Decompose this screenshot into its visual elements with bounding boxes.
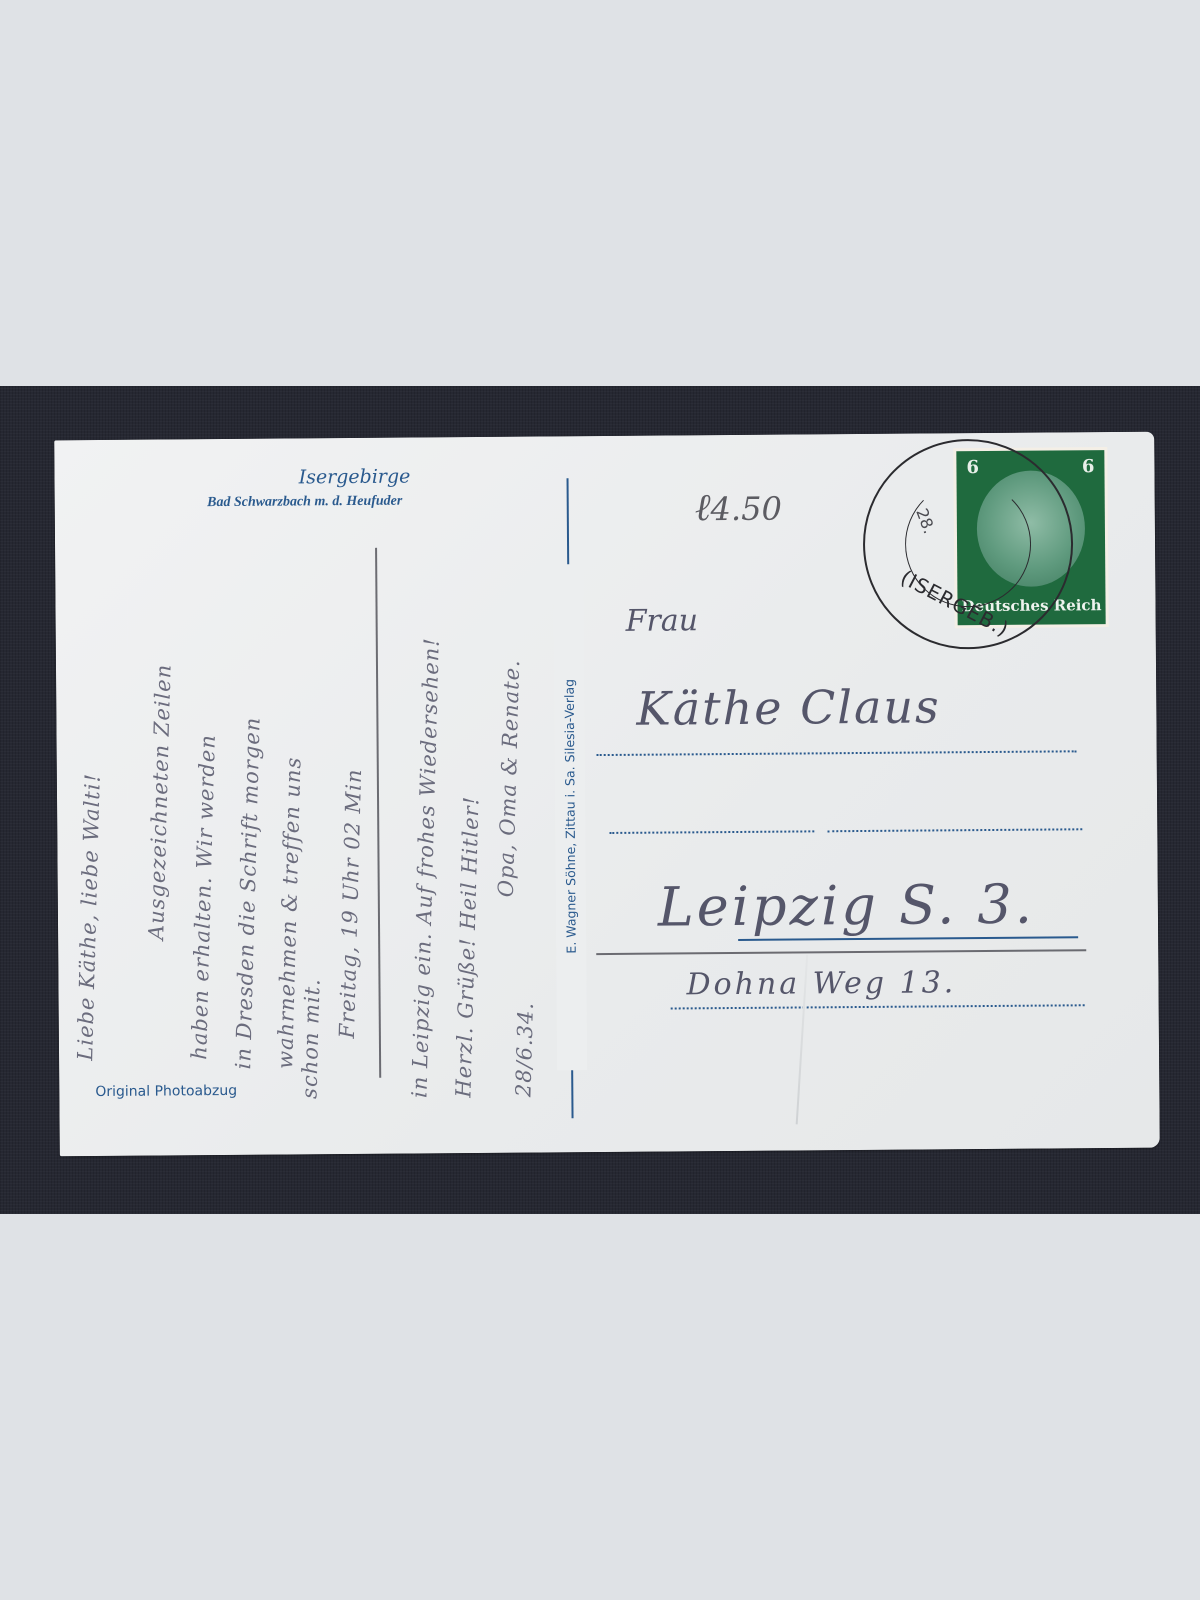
message-line: Liebe Käthe, liebe Walti! [73, 773, 105, 1061]
message-line: schon mit. [297, 978, 324, 1099]
stamp-value: 6 [1082, 456, 1095, 477]
message-line: Herzl. Grüße! Heil Hitler! [451, 796, 483, 1098]
message-date: 28/6.34. [511, 1002, 538, 1098]
postmark: 28. (ISERGEB.) [862, 438, 1074, 650]
photo-caption: Original Photoabzug [95, 1083, 237, 1100]
address-street: Dohna Weg 13. [686, 965, 956, 1002]
message-line: in Dresden die Schrift morgen [231, 716, 265, 1069]
address-salutation: Frau [626, 603, 699, 639]
address-city: Leipzig S. 3. [658, 873, 1036, 939]
postcard: Isergebirge Bad Schwarzbach m. d. Heufud… [54, 432, 1160, 1157]
postcard-title: Isergebirge [204, 465, 504, 489]
address-name: Käthe Claus [636, 679, 941, 735]
pencil-rule [375, 548, 381, 1078]
price-note: ℓ4.50 [695, 485, 782, 531]
message-line: haben erhalten. Wir werden [187, 734, 220, 1060]
postcard-subtitle: Bad Schwarzbach m. d. Heufuder [125, 493, 485, 512]
message-line: Ausgezeichneten Zeilen [144, 663, 175, 940]
message-signature: Opa, Oma & Renate. [494, 659, 524, 898]
publisher-imprint: E. Wagner Söhne, Zittau i. Sa. Silesia-V… [562, 671, 579, 962]
message-line: Freitag, 19 Uhr 02 Min [335, 768, 366, 1039]
message-line: in Leipzig ein. Auf frohes Wiedersehen! [407, 637, 443, 1098]
